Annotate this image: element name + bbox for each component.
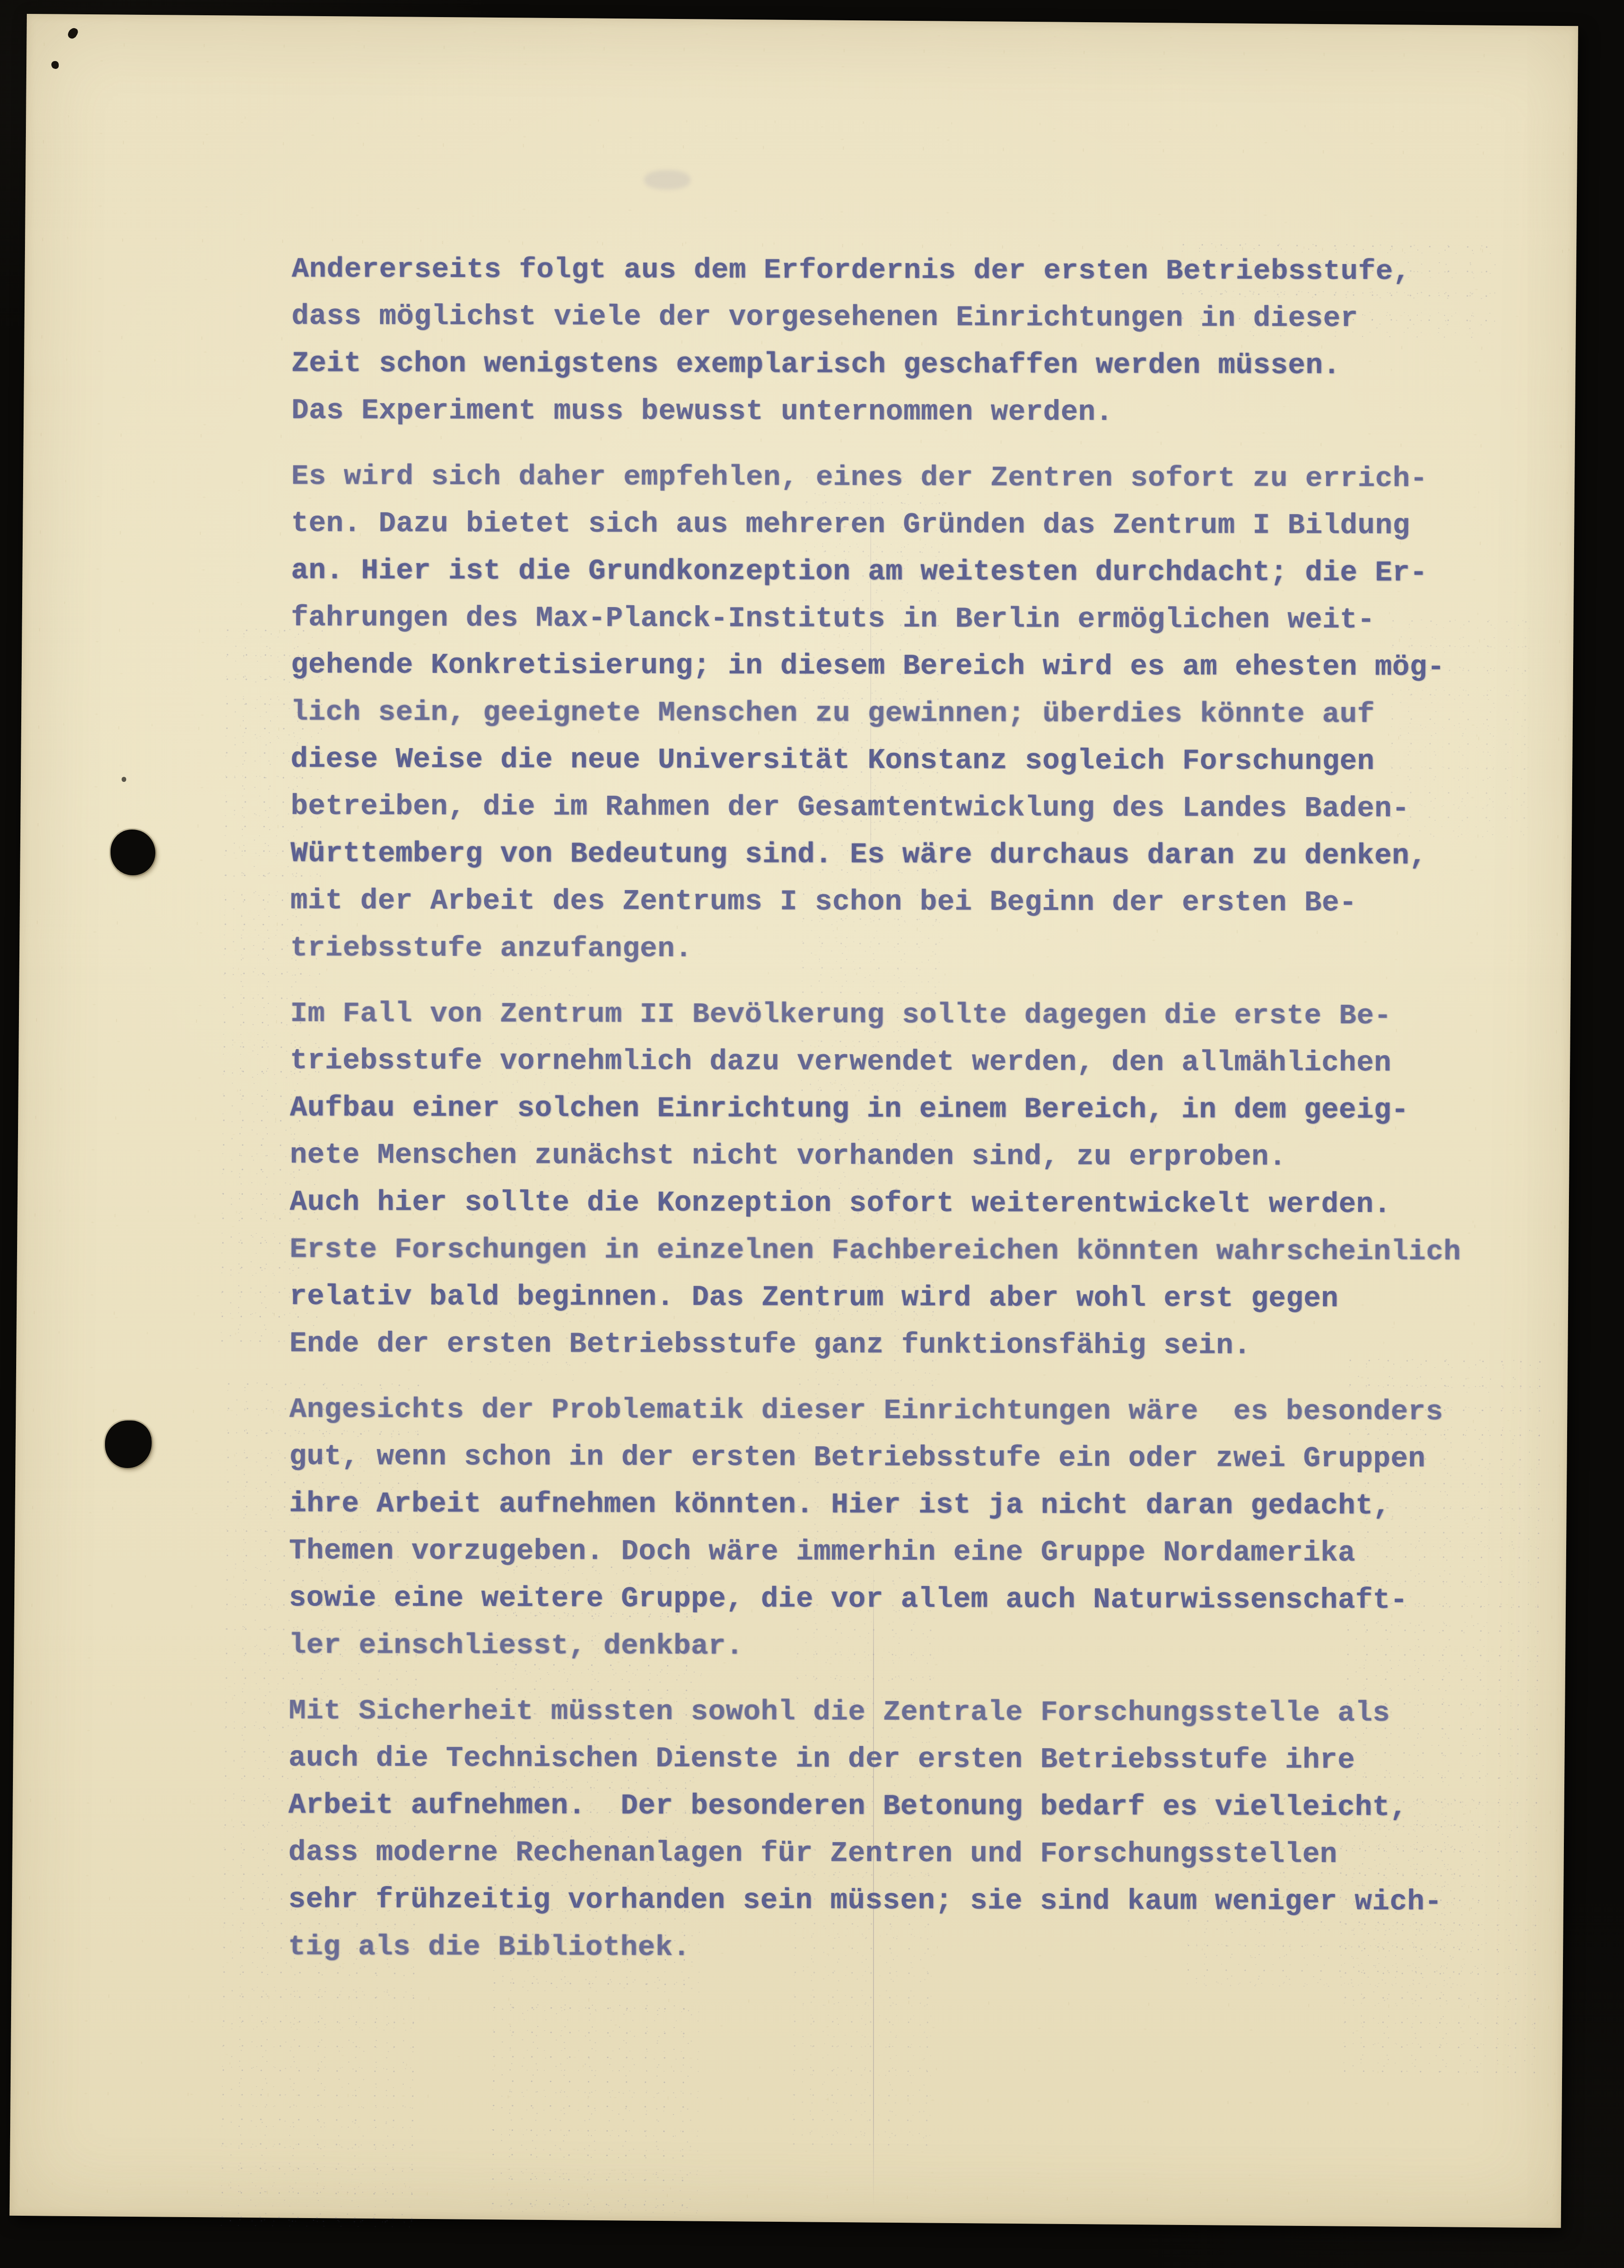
text-line: Ende der ersten Betriebsstufe ganz funkt…	[289, 1320, 1501, 1370]
text-line: Themen vorzugeben. Doch wäre immerhin ei…	[289, 1527, 1501, 1577]
punch-hole-top	[111, 830, 155, 875]
text-line: tig als die Bibliothek.	[288, 1923, 1500, 1973]
text-line: nete Menschen zunächst nicht vorhanden s…	[290, 1131, 1501, 1181]
text-line: Arbeit aufnehmen. Der besonderen Betonun…	[289, 1782, 1500, 1831]
typewritten-text-block: Andererseits folgt aus dem Erfordernis d…	[288, 246, 1503, 1991]
text-line: sowie eine weitere Gruppe, die vor allem…	[289, 1574, 1501, 1624]
text-line: dass moderne Rechenanlagen für Zentren u…	[289, 1829, 1500, 1878]
text-line: fahrungen des Max-Planck-Instituts in Be…	[291, 594, 1502, 644]
text-line: gut, wenn schon in der ersten Betriebsst…	[289, 1433, 1501, 1482]
text-line: auch die Technischen Dienste in der erst…	[289, 1734, 1500, 1784]
text-line: triebsstufe vornehmlich dazu verwendet w…	[290, 1037, 1501, 1087]
paragraph: Es wird sich daher empfehlen, eines der …	[290, 453, 1503, 974]
text-line: dass möglichst viele der vorgesehenen Ei…	[292, 293, 1503, 342]
paragraph: Angesichts der Problematik dieser Einric…	[289, 1386, 1501, 1671]
paragraph: Andererseits folgt aus dem Erfordernis d…	[291, 246, 1503, 436]
text-line: Aufbau einer solchen Einrichtung in eine…	[290, 1084, 1501, 1134]
text-line: Mit Sicherheit müssten sowohl die Zentra…	[289, 1687, 1500, 1737]
paragraph: Im Fall von Zentrum II Bevölkerung sollt…	[289, 990, 1502, 1370]
text-line: ihre Arbeit aufnehmen könnten. Hier ist …	[289, 1480, 1501, 1530]
paragraph: Mit Sicherheit müssten sowohl die Zentra…	[288, 1687, 1500, 1973]
text-line: an. Hier ist die Grundkonzeption am weit…	[291, 547, 1502, 596]
text-line: mit der Arbeit des Zentrums I schon bei …	[290, 877, 1502, 927]
text-line: gehende Konkretisierung; in diesem Berei…	[291, 641, 1502, 691]
text-line: sehr frühzeitig vorhanden sein müssen; s…	[288, 1876, 1500, 1925]
text-line: Angesichts der Problematik dieser Einric…	[289, 1386, 1501, 1435]
text-line: ten. Dazu bietet sich aus mehreren Gründ…	[291, 500, 1503, 549]
text-line: Erste Forschungen in einzelnen Fachberei…	[289, 1226, 1501, 1275]
text-line: diese Weise die neue Universität Konstan…	[291, 736, 1502, 785]
text-line: Es wird sich daher empfehlen, eines der …	[291, 453, 1503, 502]
text-line: Württemberg von Bedeutung sind. Es wäre …	[290, 830, 1502, 879]
text-line: ler einschliesst, denkbar.	[289, 1622, 1501, 1671]
text-line: lich sein, geeignete Menschen zu gewinne…	[291, 688, 1502, 738]
text-line: triebsstufe anzufangen.	[290, 924, 1502, 974]
text-line: Das Experiment muss bewusst unternommen …	[291, 387, 1503, 436]
text-line: Im Fall von Zentrum II Bevölkerung sollt…	[290, 990, 1501, 1039]
text-line: Andererseits folgt aus dem Erfordernis d…	[292, 246, 1503, 295]
text-line: relativ bald beginnen. Das Zentrum wird …	[289, 1273, 1501, 1322]
text-line: betreiben, die im Rahmen der Gesamtentwi…	[290, 783, 1502, 832]
text-line: Auch hier sollte die Konzeption sofort w…	[290, 1179, 1501, 1228]
text-line: Zeit schon wenigstens exemplarisch gesch…	[291, 340, 1503, 389]
